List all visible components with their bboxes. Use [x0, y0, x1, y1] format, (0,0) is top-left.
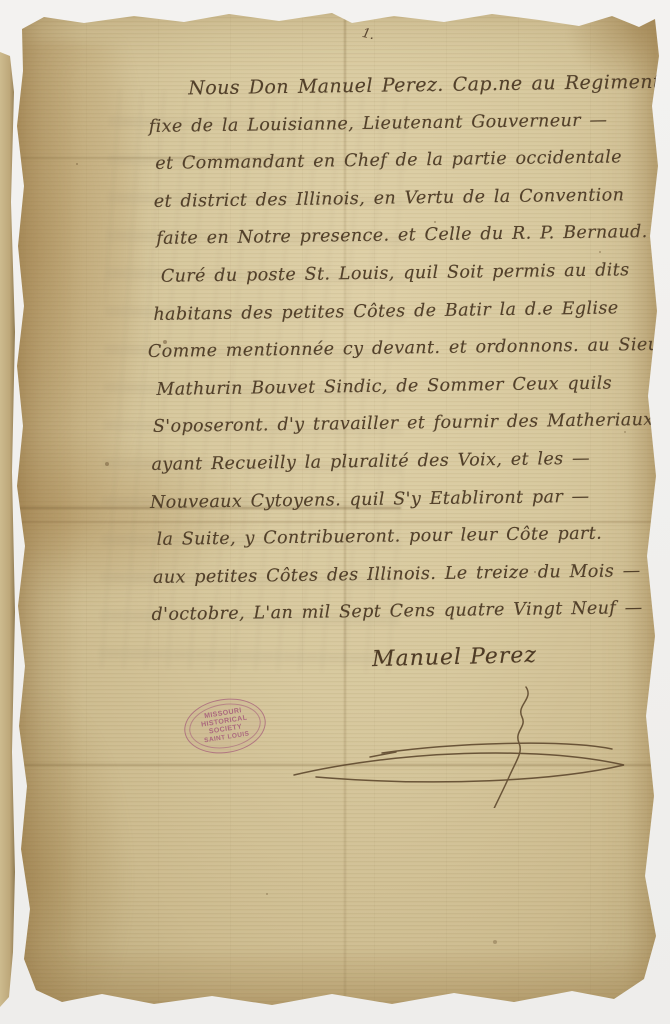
manuscript-line-11: ayant Recueilly la pluralité des Voix, e… — [149, 440, 659, 485]
foxing-speckles — [14, 11, 16, 13]
manuscript-line-6: Curé du poste St. Louis, quil Soit permi… — [147, 252, 657, 297]
signature-flourish — [286, 683, 636, 808]
manuscript-page: 1. Nous Don Manuel Perez. Cap.ne au Regi… — [14, 11, 659, 1010]
stamp-inner-oval: MISSOURI HISTORICAL SOCIETY SAINT LOUIS — [186, 699, 264, 754]
water-stain — [0, 41, 144, 561]
edge-stain — [14, 11, 84, 1010]
adjacent-page-edge — [0, 52, 15, 1010]
manuscript-line-1: Nous Don Manuel Perez. Cap.ne au Regimen… — [144, 64, 654, 109]
edge-stain — [14, 946, 659, 1010]
stamp-outer-oval: MISSOURI HISTORICAL SOCIETY SAINT LOUIS — [180, 693, 269, 759]
manuscript-line-15: d'octobre, L'an mil Sept Cens quatre Vin… — [151, 590, 661, 635]
document-scan: 1. Nous Don Manuel Perez. Cap.ne au Regi… — [0, 0, 670, 1024]
manuscript-text: Nous Don Manuel Perez. Cap.ne au Regimen… — [144, 64, 662, 635]
signature: Manuel Perez — [372, 643, 538, 672]
page-number-mark: 1. — [361, 26, 376, 43]
archive-stamp: MISSOURI HISTORICAL SOCIETY SAINT LOUIS — [180, 693, 269, 759]
water-stain — [0, 691, 129, 1001]
